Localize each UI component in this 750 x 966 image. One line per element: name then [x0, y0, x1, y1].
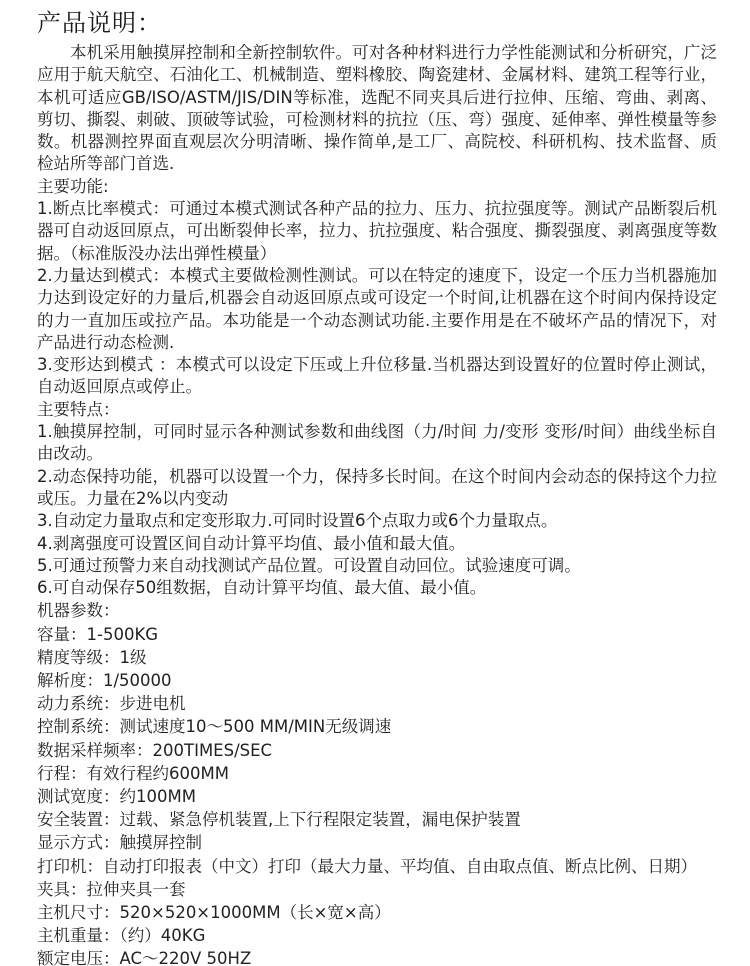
- functions-heading: 主要功能:: [37, 176, 717, 198]
- feature-item: 3.自动定力量取点和定变形取力.可同时设置6个点取力或6个力量取点。: [37, 510, 717, 532]
- page-title: 产品说明：: [37, 8, 717, 42]
- function-item: 2.力量达到模式：本模式主要做检测性测试。可以在特定的速度下，设定一个压力当机器…: [37, 265, 717, 354]
- feature-item: 4.剥离强度可设置区间自动计算平均值、最小值和最大值。: [37, 533, 717, 555]
- param-test-width: 测试宽度：约100MM: [37, 785, 717, 808]
- feature-item: 6.可自动保存50组数据，自动计算平均值、最大值、最小值。: [37, 577, 717, 599]
- feature-item: 1.触摸屏控制，可同时显示各种测试参数和曲线图（力/时间 力/变形 变形/时间）…: [37, 421, 717, 466]
- param-printer: 打印机：自动打印报表（中文）打印（最大力量、平均值、自由取点值、断点比例、日期）: [37, 855, 717, 878]
- param-resolution: 解析度：1/50000: [37, 669, 717, 692]
- param-weight: 主机重量：（约）40KG: [37, 924, 717, 947]
- params-heading: 机器参数：: [37, 599, 717, 622]
- param-sampling-rate: 数据采样频率：200TIMES/SEC: [37, 739, 717, 762]
- param-fixture: 夹具：拉伸夹具一套: [37, 878, 717, 901]
- intro-paragraph: 本机采用触摸屏控制和全新控制软件。可对各种材料进行力学性能测试和分析研究，广泛应…: [37, 42, 717, 176]
- features-heading: 主要特点：: [37, 399, 717, 421]
- param-voltage: 额定电压：AC～220V 50HZ: [37, 947, 717, 966]
- param-dimensions: 主机尺寸：520×520×1000MM（长×宽×高）: [37, 901, 717, 924]
- param-capacity: 容量：1-500KG: [37, 623, 717, 646]
- function-item: 1.断点比率模式：可通过本模式测试各种产品的拉力、压力、抗拉强度等。测试产品断裂…: [37, 198, 717, 265]
- param-accuracy: 精度等级：1级: [37, 646, 717, 669]
- function-item: 3.变形达到模式 ：本模式可以设定下压或上升位移量.当机器达到设置好的位置时停止…: [37, 354, 717, 399]
- feature-item: 5.可通过预警力来自动找测试产品位置。可设置自动回位。试验速度可调。: [37, 555, 717, 577]
- param-power-system: 动力系统：步进电机: [37, 692, 717, 715]
- param-display: 显示方式：触摸屏控制: [37, 831, 717, 854]
- param-stroke: 行程：有效行程约600MM: [37, 762, 717, 785]
- feature-item: 2.动态保持功能，机器可以设置一个力，保持多长时间。在这个时间内会动态的保持这个…: [37, 466, 717, 511]
- param-control-system: 控制系统：测试速度10～500 MM/MIN无级调速: [37, 715, 717, 738]
- param-safety: 安全装置：过载、紧急停机装置,上下行程限定装置，漏电保护装置: [37, 808, 717, 831]
- product-description: 产品说明： 本机采用触摸屏控制和全新控制软件。可对各种材料进行力学性能测试和分析…: [37, 0, 717, 966]
